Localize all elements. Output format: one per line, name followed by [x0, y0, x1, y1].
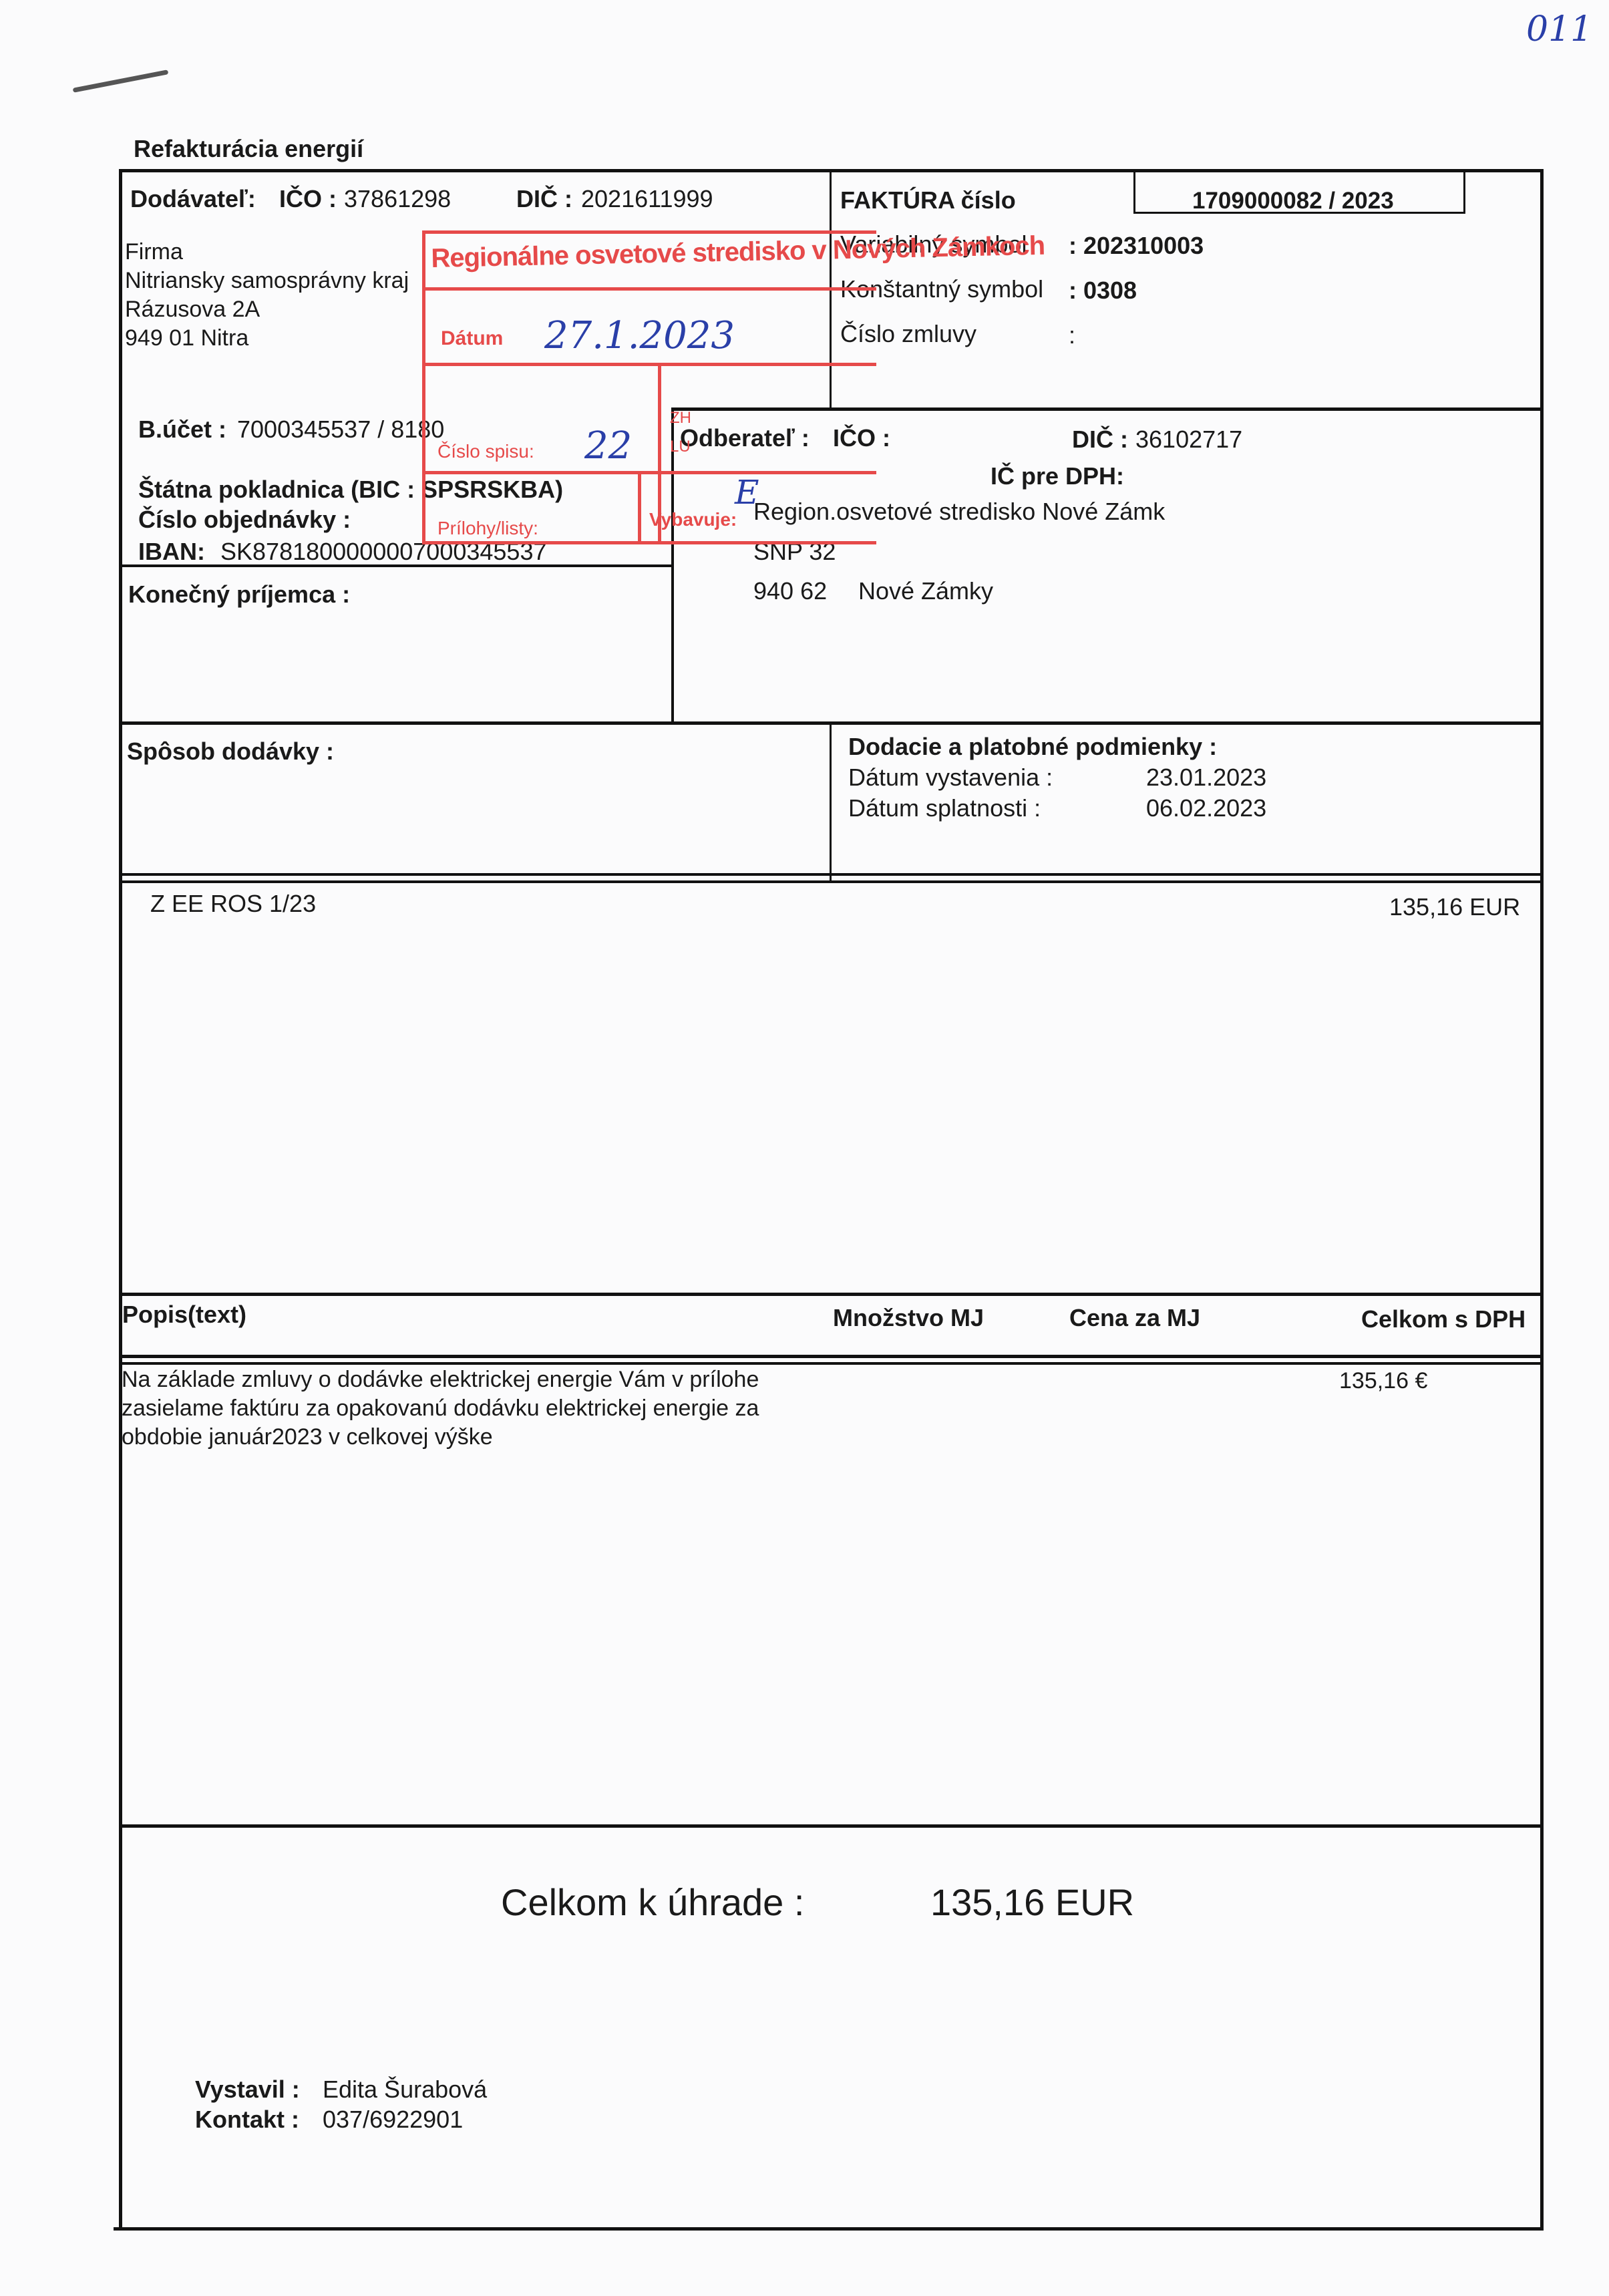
- stamp-file-number-handwritten: 22: [584, 428, 632, 465]
- item-description-line: Na základe zmluvy o dodávke elektrickej …: [122, 1368, 759, 1391]
- page-number-handwritten: 011: [1526, 12, 1592, 47]
- due-date: 06.02.2023: [1146, 796, 1266, 820]
- document-title: Refakturácia energií: [134, 137, 363, 161]
- column-header-description: Popis(text): [122, 1303, 246, 1327]
- delivery-method-label: Spôsob dodávky :: [127, 740, 334, 764]
- stamp-line: [422, 363, 876, 366]
- stamp-line: [638, 472, 641, 544]
- stamp-date-handwritten: 27.1.2023: [544, 317, 735, 355]
- table-header-top: [119, 1293, 1543, 1296]
- stamp-date-label: Dátum: [441, 327, 503, 350]
- issue-date-label: Dátum vystavenia :: [848, 766, 1053, 790]
- item-description-line: zasielame faktúru za opakovanú dodávku e…: [122, 1397, 759, 1420]
- customer-postal-code: 940 62: [753, 579, 827, 603]
- bank-account-label: B.účet :: [138, 418, 226, 442]
- reference-section-top-2: [119, 880, 1543, 883]
- stamp-file-number-label: Číslo spisu:: [437, 441, 534, 462]
- stamp-line: [422, 471, 876, 474]
- final-recipient-label: Konečný príjemca :: [128, 583, 350, 607]
- table-header-bottom-1: [119, 1355, 1543, 1358]
- column-header-quantity: Množstvo MJ: [833, 1306, 984, 1330]
- supplier-ico-label: IČO :: [279, 187, 337, 211]
- frame-right: [1540, 169, 1544, 2230]
- total-section-top: [119, 1824, 1543, 1828]
- contract-number: :: [1069, 323, 1075, 347]
- due-date-label: Dátum splatnosti :: [848, 796, 1041, 820]
- constant-symbol: : 0308: [1069, 279, 1137, 303]
- stamp-attachments-label: Prílohy/listy:: [437, 518, 538, 539]
- issued-by-label: Vystavil :: [195, 2078, 300, 2102]
- supplier-dic-label: DIČ :: [516, 187, 572, 211]
- reference-amount: 135,16 EUR: [1389, 895, 1520, 919]
- stamp-line: [422, 287, 876, 291]
- reference-code: Z EE ROS 1/23: [150, 892, 316, 916]
- invoice-number: 1709000082 / 2023: [1192, 189, 1394, 212]
- stamp-zh-label: ZH: [670, 409, 691, 428]
- customer-dic-label: DIČ :: [1072, 428, 1128, 452]
- stamp-lu-label: LU: [670, 438, 691, 456]
- pen-stroke-mark: [73, 69, 169, 93]
- table-header-bottom-2: [119, 1362, 1543, 1365]
- column-header-total: Celkom s DPH: [1361, 1307, 1526, 1331]
- stamp-handled-by-handwritten: E: [735, 476, 759, 509]
- supplier-address-line: 949 01 Nitra: [125, 327, 248, 349]
- frame-bottom: [114, 2227, 1544, 2231]
- bank-account: 7000345537 / 8180: [237, 418, 444, 442]
- iban-label: IBAN:: [138, 540, 205, 564]
- frame-left: [119, 169, 122, 2230]
- terms-label: Dodacie a platobné podmienky :: [848, 735, 1217, 759]
- contact-label: Kontakt :: [195, 2108, 299, 2132]
- total-label: Celkom k úhrade :: [501, 1884, 804, 1921]
- stamp-line: [422, 541, 676, 544]
- issued-by: Edita Šurabová: [323, 2078, 487, 2102]
- total-amount: 135,16 EUR: [930, 1884, 1134, 1921]
- supplier-dic: 2021611999: [581, 187, 713, 211]
- order-number-label: Číslo objednávky :: [138, 508, 351, 532]
- stamp-handled-by-label: Vybavuje:: [649, 509, 737, 530]
- item-total: 135,16 €: [1339, 1369, 1427, 1392]
- column-header-unit-price: Cena za MJ: [1069, 1306, 1200, 1330]
- stamp-frame: [422, 230, 876, 544]
- supplier-address-line: Nitriansky samosprávny kraj: [125, 269, 409, 292]
- reference-section-top-1: [119, 873, 1543, 876]
- supplier-address-line: Firma: [125, 240, 183, 263]
- supplier-address-line: Rázusova 2A: [125, 298, 260, 321]
- customer-city: Nové Zámky: [858, 579, 993, 603]
- divider-delivery-terms: [830, 723, 832, 882]
- item-description-line: obdobie január2023 v celkovej výške: [122, 1426, 493, 1448]
- issue-date: 23.01.2023: [1146, 766, 1266, 790]
- variable-symbol: : 202310003: [1069, 234, 1204, 258]
- customer-dic: 36102717: [1135, 428, 1242, 452]
- contact: 037/6922901: [323, 2108, 463, 2132]
- invoice-label: FAKTÚRA číslo: [840, 188, 1016, 212]
- supplier-ico: 37861298: [344, 187, 451, 211]
- customer-vat-id-label: IČ pre DPH:: [991, 464, 1124, 488]
- supplier-label: Dodávateľ:: [130, 187, 256, 211]
